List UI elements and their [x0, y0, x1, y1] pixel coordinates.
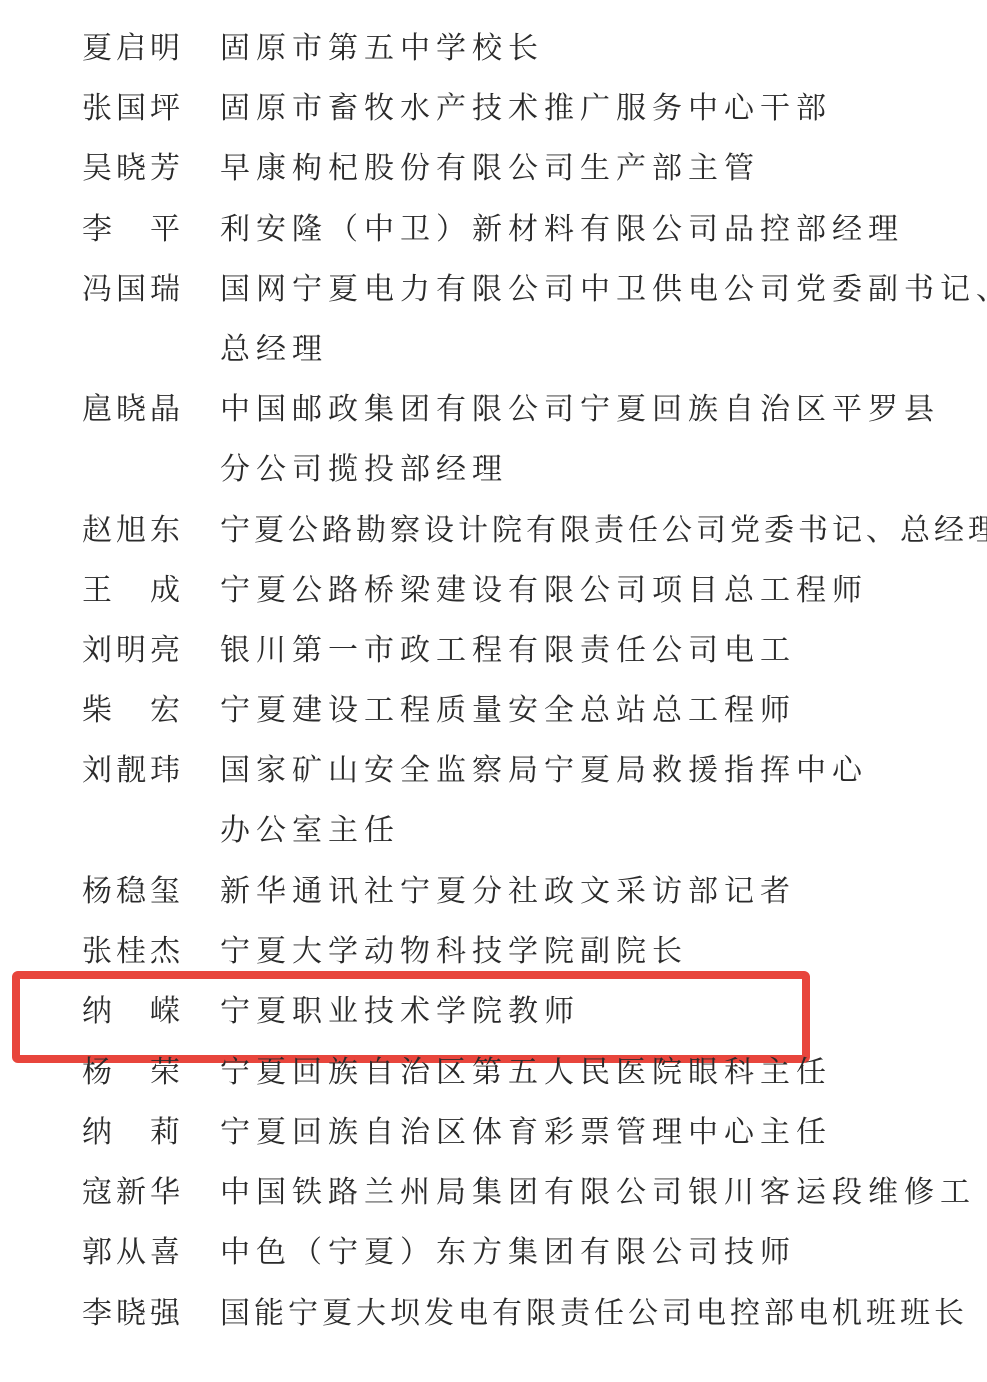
person-title: 国家矿山安全监察局宁夏局救援指挥中心 — [220, 741, 868, 801]
person-name: 李平 — [82, 200, 182, 260]
person-title: 固原市第五中学校长 — [220, 19, 544, 79]
person-name: 刘明亮 — [82, 621, 182, 681]
person-name: 冯国瑞 — [82, 260, 182, 320]
person-name: 夏启明 — [82, 19, 182, 79]
person-title: 宁夏建设工程质量安全总站总工程师 — [220, 681, 796, 741]
person-title: 银川第一市政工程有限责任公司电工 — [220, 621, 796, 681]
person-title: 早康枸杞股份有限公司生产部主管 — [220, 139, 760, 199]
person-name: 纳莉 — [82, 1103, 182, 1163]
person-name: 李晓强 — [82, 1284, 182, 1344]
person-name: 郭从喜 — [82, 1223, 182, 1283]
person-title: 宁夏公路勘察设计院有限责任公司党委书记、总经理 — [220, 501, 987, 561]
person-name: 柴宏 — [82, 681, 182, 741]
person-title: 宁夏公路桥梁建设有限公司项目总工程师 — [220, 561, 868, 621]
person-title: 宁夏回族自治区体育彩票管理中心主任 — [220, 1103, 832, 1163]
person-title: 国网宁夏电力有限公司中卫供电公司党委副书记、 — [220, 260, 987, 320]
person-title: 新华通讯社宁夏分社政文采访部记者 — [220, 862, 796, 922]
person-name: 刘靓玮 — [82, 741, 182, 801]
person-title: 宁夏回族自治区第五人民医院眼科主任 — [220, 1043, 832, 1103]
person-title: 办公室主任 — [220, 801, 400, 861]
person-name: 寇新华 — [82, 1163, 182, 1223]
person-title: 利安隆（中卫）新材料有限公司品控部经理 — [220, 200, 904, 260]
person-name: 吴晓芳 — [82, 139, 182, 199]
person-title: 中色（宁夏）东方集团有限公司技师 — [220, 1223, 796, 1283]
person-name: 杨荣 — [82, 1043, 182, 1103]
person-name: 赵旭东 — [82, 501, 182, 561]
person-title: 分公司揽投部经理 — [220, 440, 508, 500]
person-title: 总经理 — [220, 320, 328, 380]
person-title: 国能宁夏大坝发电有限责任公司电控部电机班班长 — [220, 1284, 968, 1344]
person-name: 杨稳玺 — [82, 862, 182, 922]
person-name: 纳嵘 — [82, 982, 182, 1042]
person-name: 扈晓晶 — [82, 380, 182, 440]
person-name: 王成 — [82, 561, 182, 621]
person-title: 中国铁路兰州局集团有限公司银川客运段维修工 — [220, 1163, 976, 1223]
person-title: 固原市畜牧水产技术推广服务中心干部 — [220, 79, 832, 139]
person-name: 张国坪 — [82, 79, 182, 139]
person-title: 宁夏职业技术学院教师 — [220, 982, 580, 1042]
person-title: 中国邮政集团有限公司宁夏回族自治区平罗县 — [220, 380, 940, 440]
